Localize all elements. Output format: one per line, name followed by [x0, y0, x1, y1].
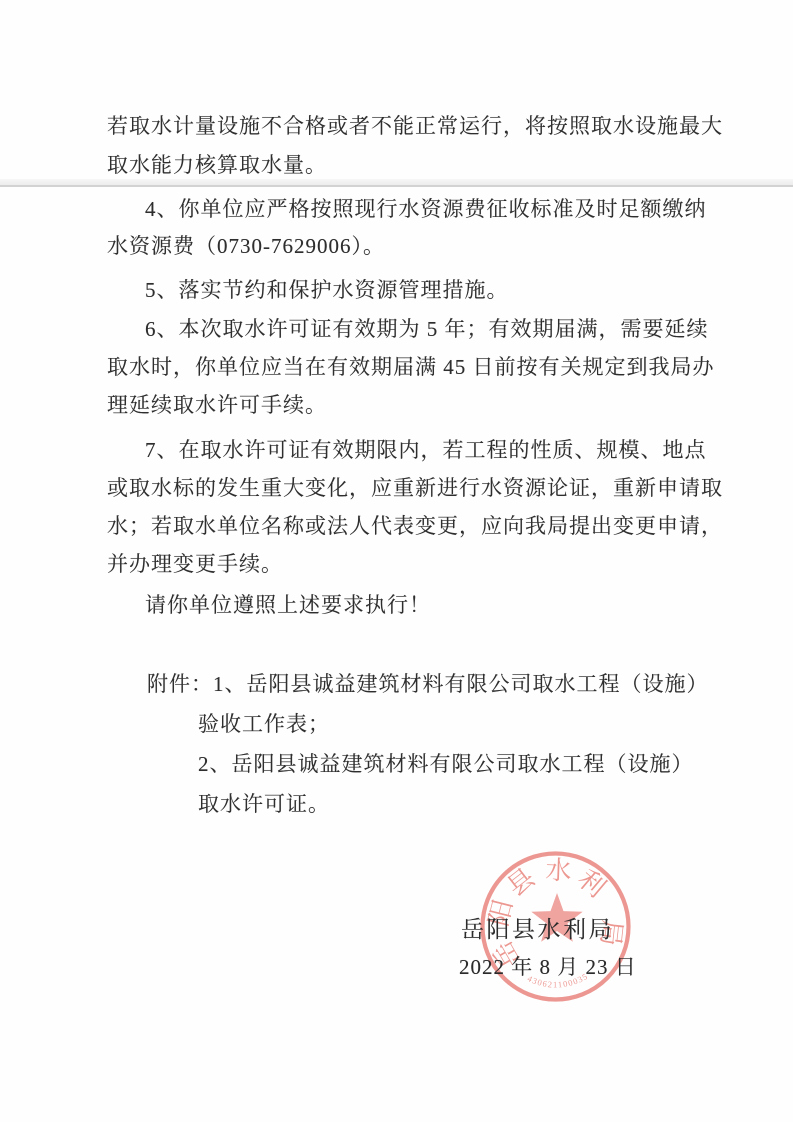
seal-char: 利	[572, 864, 611, 903]
text-line: 取水能力核算取水量。	[107, 153, 327, 178]
attachment-line: 附件：1、岳阳县诚益建筑材料有限公司取水工程（设施）	[147, 672, 709, 697]
text-line: 5、落实节约和保护水资源管理措施。	[145, 278, 509, 303]
seal-char: 水	[545, 856, 572, 886]
signature-date: 2022 年 8 月 23 日	[459, 951, 637, 981]
text-line: 并办理变更手续。	[107, 552, 283, 577]
attachment-line: 验收工作表；	[198, 712, 330, 737]
attachment-line: 取水许可证。	[198, 792, 330, 817]
text-line: 或取水标的发生重大变化，应重新进行水资源论证，重新申请取	[107, 476, 723, 501]
agency-signature: 岳阳县水利局	[461, 911, 614, 944]
text-line: 理延续取水许可手续。	[107, 393, 327, 418]
text-line: 请你单位遵照上述要求执行！	[145, 593, 431, 618]
text-line: 7、在取水许可证有效期限内，若工程的性质、规模、地点	[145, 438, 707, 463]
document-page: 若取水计量设施不合格或者不能正常运行，将按照取水设施最大 取水能力核算取水量。 …	[0, 0, 793, 1122]
scan-divider-line	[0, 179, 793, 187]
text-line: 6、本次取水许可证有效期为 5 年；有效期届满，需要延续	[145, 317, 709, 342]
text-line: 水；若取水单位名称或法人代表变更，应向我局提出变更申请，	[107, 514, 723, 539]
attachment-line: 2、岳阳县诚益建筑材料有限公司取水工程（设施）	[198, 752, 694, 777]
text-line: 若取水计量设施不合格或者不能正常运行，将按照取水设施最大	[107, 114, 723, 139]
text-line: 水资源费（0730-7629006）。	[107, 234, 385, 259]
text-line: 4、你单位应严格按照现行水资源费征收标准及时足额缴纳	[145, 197, 707, 222]
text-line: 取水时，你单位应当在有效期届满 45 日前按有关规定到我局办	[107, 355, 715, 380]
